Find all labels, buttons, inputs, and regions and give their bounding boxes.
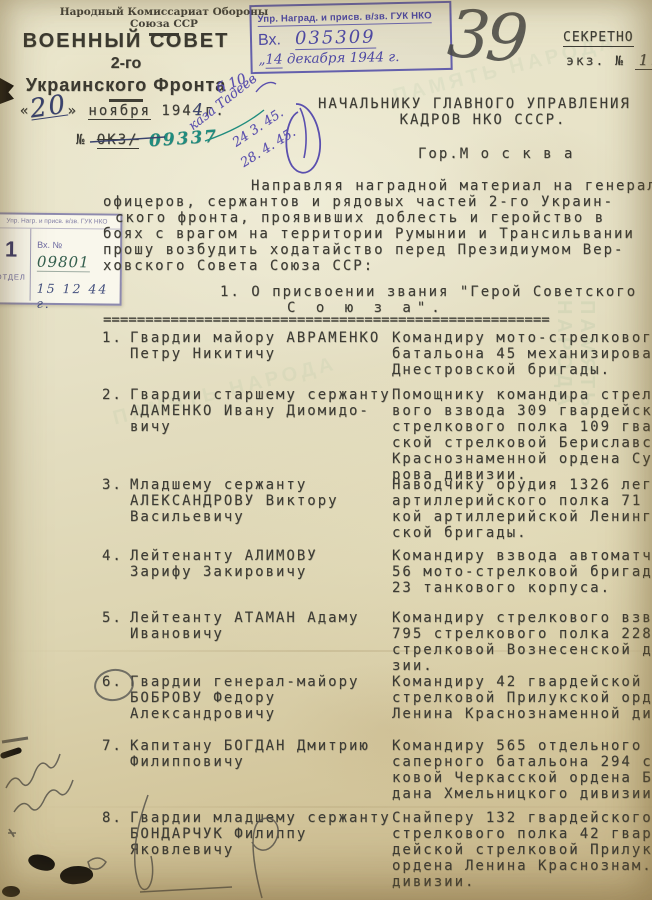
position-line: стрелкового полка 109 гвардей — [392, 419, 652, 435]
council-line1: ВОЕННЫЙ СОВЕТ — [0, 30, 252, 53]
item-number: 4. — [102, 548, 130, 596]
name-line: АЛЕКСАНДРОВУ Виктору — [130, 493, 392, 509]
position-line: Краснознаменной ордена Суво- — [392, 451, 652, 467]
list-item: 1. Гвардии майору АВРАМЕНКО Петру Никити… — [102, 330, 652, 378]
name-line: БОНДАРЧУК Филиппу — [130, 826, 392, 842]
stamp-in-label: Вх. — [258, 31, 281, 49]
name-line: Гвардии младшему сержанту — [130, 810, 392, 826]
name-line: Капитану БОГДАН Дмитрию — [130, 738, 392, 754]
position-line: 23 танкового корпуса. — [392, 580, 652, 596]
position-line: Командиру мото-стрелкового — [392, 330, 652, 346]
position-line: стрелкового полка 42 гвар- — [392, 826, 652, 842]
item-position: Командиру 565 отдельного саперного батал… — [392, 738, 652, 802]
item-position: Командиру 42 гвардейской стрелковой Прил… — [392, 674, 652, 722]
number-label: № — [76, 132, 86, 148]
name-line: Ивановичу — [130, 626, 392, 642]
item-name: Гвардии генерал-майору БОБРОВУ Федору Ал… — [130, 674, 392, 722]
stamp-title: Упр. Наград. и присв. в/зв. ГУК НКО — [257, 10, 431, 27]
item-position: Наводчику орудия 1326 легкого артиллерий… — [392, 477, 652, 541]
name-line: Лейтенанту АЛИМОВУ — [130, 548, 392, 564]
section-rule: ========================================… — [103, 312, 648, 328]
name-line: Александровичу — [130, 706, 392, 722]
name-line: Младшему сержанту — [130, 477, 392, 493]
date-month: ноября — [88, 103, 151, 120]
position-line: стрелковой Прилукской ордена — [392, 690, 652, 706]
item-number: 2. — [102, 387, 130, 483]
list-item: 7. Капитану БОГДАН Дмитрию Филипповичу К… — [102, 738, 652, 802]
section-heading-line1: 1. О присвоении звания "Герой Советского — [220, 284, 637, 300]
position-line: дана Хмельницкого дивизии. — [392, 786, 652, 802]
handwritten-day: 20 — [29, 95, 69, 121]
ink-blot — [59, 864, 94, 886]
name-line: Лейтеанту АТАМАН Адаму — [130, 610, 392, 626]
name-line: Гвардии генерал-майору — [130, 674, 392, 690]
secrecy-label: СЕКРЕТНО — [563, 30, 634, 47]
position-line: 795 стрелкового полка 228-й — [392, 626, 652, 642]
scanned-document-page: ПАМЯТЬ НАРОДА ПАМЯТЬ НАРОДА ПАМЯТЬ НАРОД… — [0, 0, 652, 900]
letterhead-council: ВОЕННЫЙ СОВЕТ 2-го Украинского Фронта — [0, 30, 252, 102]
stamp-in-number: 035309 — [295, 26, 376, 50]
list-item: 5. Лейтеанту АТАМАН Адаму Ивановичу Кома… — [102, 610, 652, 674]
entry-date: 15 12 44 г. — [36, 281, 117, 312]
position-line: кой артиллерийской Ленинград- — [392, 509, 652, 525]
position-line: Командиру стрелкового взвода — [392, 610, 652, 626]
item-number: 8. — [102, 810, 130, 890]
name-line: Гвардии майору АВРАМЕНКО — [130, 330, 392, 346]
item-position: Помощнику командира стрелково вого взвод… — [392, 387, 652, 483]
registration-stamp: Упр. Наград. и присв. в/зв. ГУК НКО Вх. … — [249, 1, 452, 74]
ink-mark — [0, 747, 22, 760]
body-line: офицеров, сержантов и рядовых частей 2-г… — [103, 194, 652, 210]
position-line: Снайперу 132 гвардейского — [392, 810, 652, 826]
name-line: Петру Никитичу — [130, 346, 392, 362]
paper-crease — [0, 806, 652, 808]
item-name: Младшему сержанту АЛЕКСАНДРОВУ Виктору В… — [130, 477, 392, 541]
item-number: 3. — [102, 477, 130, 541]
entry-number: 09801 — [37, 253, 90, 273]
recipient-block: НАЧАЛЬНИКУ ГЛАВНОГО УПРАВЛЕНИЯ КАДРОВ НК… — [318, 96, 648, 128]
name-line: Зарифу Закировичу — [130, 564, 392, 580]
body-line: прошу возбудить ходатайство перед Презид… — [103, 242, 652, 258]
position-line: Командиру взвода автоматчиков — [392, 548, 652, 564]
position-line: артиллерийского полка 71 лег- — [392, 493, 652, 509]
stamp-date-rest: декабря 1944 г. — [287, 49, 400, 67]
item-name: Гвардии майору АВРАМЕНКО Петру Никитичу — [130, 330, 392, 378]
entry-label: Вх. № — [37, 240, 62, 250]
ink-blot — [26, 851, 56, 874]
council-line2: 2-го — [0, 55, 252, 73]
item-name: Лейтеанту АТАМАН Адаму Ивановичу — [130, 610, 392, 674]
stamp-department-cell: 1 ОТДЕЛ — [0, 228, 31, 300]
body-line: боях с врагом на территории Румынии и Тр… — [103, 226, 652, 242]
name-line: Яковлевичу — [130, 842, 392, 858]
list-item: 4. Лейтенанту АЛИМОВУ Зарифу Закировичу … — [102, 548, 652, 596]
pencil-page-number: 39 — [445, 1, 526, 73]
copy-label: экз. № — [566, 54, 625, 69]
body-line: Направляя наградной материал на генерало… — [103, 178, 652, 194]
item-name: Капитану БОГДАН Дмитрию Филипповичу — [130, 738, 392, 802]
name-line: Гвардии старшему сержанту — [130, 387, 392, 403]
item-name: Гвардии старшему сержанту АДАМЕНКО Ивану… — [130, 387, 392, 483]
item-position: Командиру мото-стрелкового батальона 45 … — [392, 330, 652, 378]
body-line: ского фронта, проявивших доблесть и геро… — [103, 210, 652, 226]
position-line: дейской стрелковой Прилукской — [392, 842, 652, 858]
list-item: 2. Гвардии старшему сержанту АДАМЕНКО Ив… — [102, 387, 652, 483]
stamp-date-day: 14 — [265, 51, 283, 68]
position-line: ковой Черкасской ордена Бог- — [392, 770, 652, 786]
body-line: ховского Совета Союза ССР: — [103, 258, 652, 274]
handwritten-copy-number: 1. — [635, 51, 652, 70]
recipient-line2: КАДРОВ НКО СССР. — [318, 112, 648, 128]
position-line: Ленина Краснознаменной дивизии — [392, 706, 652, 722]
position-line: Днестровской бригады. — [392, 362, 652, 378]
position-line: ордена Ленина Краснознам. — [392, 858, 652, 874]
position-line: зии. — [392, 658, 652, 674]
ink-blot — [2, 886, 20, 897]
position-line: ской стрелковой Бериславской — [392, 435, 652, 451]
item-position: Командиру стрелкового взвода 795 стрелко… — [392, 610, 652, 674]
name-line: Васильевичу — [130, 509, 392, 525]
position-line: 56 мото-стрелковой бригады — [392, 564, 652, 580]
name-line: АДАМЕНКО Ивану Диомидо- — [130, 403, 392, 419]
item-number: 1. — [102, 330, 130, 378]
position-line: стрелковой Вознесенской диви- — [392, 642, 652, 658]
department-label: ОТДЕЛ — [0, 272, 30, 281]
name-line: БОБРОВУ Федору — [130, 690, 392, 706]
list-item: 3. Младшему сержанту АЛЕКСАНДРОВУ Виктор… — [102, 477, 652, 541]
position-line: вого взвода 309 гвардейского — [392, 403, 652, 419]
position-line: Командиру 42 гвардейской — [392, 674, 652, 690]
position-line: батальона 45 механизированной — [392, 346, 652, 362]
secrecy-block: СЕКРЕТНО — [563, 30, 634, 46]
position-line: дивизии. — [392, 874, 652, 890]
signature-flourish — [300, 108, 306, 158]
handwritten-number: 09337 — [149, 129, 219, 150]
position-line: ской бригады. — [392, 525, 652, 541]
name-line: Филипповичу — [130, 754, 392, 770]
date-year: 194 — [161, 103, 192, 119]
document-number-line: № ОКЗ/ 09337 — [76, 131, 218, 148]
name-line: вичу — [130, 419, 392, 435]
item-name: Гвардии младшему сержанту БОНДАРЧУК Фили… — [130, 810, 392, 890]
recipient-city: Гор.М о с к в а — [418, 146, 574, 162]
struck-number-prefix: ОКЗ/ — [97, 132, 139, 149]
position-line: саперного батальона 294 стрел- — [392, 754, 652, 770]
item-name: Лейтенанту АЛИМОВУ Зарифу Закировичу — [130, 548, 392, 596]
item-number: 7. — [102, 738, 130, 802]
stamp-date: „14 декабря 1944 г. — [258, 48, 444, 68]
item-number: 5. — [102, 610, 130, 674]
copy-number-line: экз. № 1. — [566, 52, 652, 70]
quote-close: » — [68, 103, 78, 119]
position-line: Помощнику командира стрелково — [392, 387, 652, 403]
position-line: Командиру 565 отдельного — [392, 738, 652, 754]
recipient-line1: НАЧАЛЬНИКУ ГЛАВНОГО УПРАВЛЕНИЯ — [318, 96, 648, 112]
item-position: Командиру взвода автоматчиков 56 мото-ст… — [392, 548, 652, 596]
department-number: 1 — [0, 236, 30, 262]
list-item: 6. Гвардии генерал-майору БОБРОВУ Федору… — [102, 674, 652, 722]
list-item: 8. Гвардии младшему сержанту БОНДАРЧУК Ф… — [102, 810, 652, 890]
position-line: Наводчику орудия 1326 легкого — [392, 477, 652, 493]
item-position: Снайперу 132 гвардейского стрелкового по… — [392, 810, 652, 890]
body-paragraph: Направляя наградной материал на генерало… — [103, 178, 652, 274]
